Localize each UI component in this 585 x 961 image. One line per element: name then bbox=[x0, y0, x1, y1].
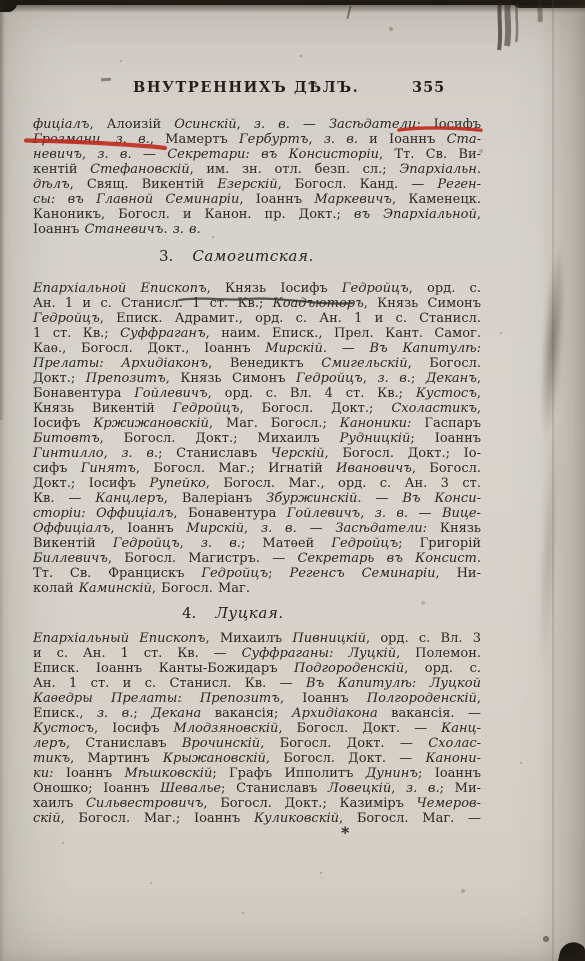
text-line: и с. Ан. 1 ст. Кв. — Суффраганы: Луцкій,… bbox=[33, 646, 481, 661]
section-heading-samogitskaya: 3.Самогитская. bbox=[159, 247, 314, 265]
text-line: Докт.; Препозитъ, Князь Симонъ Гедройцъ,… bbox=[33, 371, 481, 386]
text-line: ки: Іоаннъ Мѣшковскій; Графъ Ипполитъ Ду… bbox=[33, 766, 481, 781]
text-line: Оффиціалъ, Іоаннъ Мирскій, з. в. — Засѣд… bbox=[33, 521, 481, 536]
text-line: дѣлъ, Свящ. Викентій Езерскій, Богосл. К… bbox=[33, 177, 481, 192]
text-line: Епархіальный Епископъ, Михаилъ Пивницкій… bbox=[33, 631, 481, 646]
text-line: Оношко; Іоаннъ Шевалье; Станиславъ Ловец… bbox=[33, 781, 481, 796]
text-line: Гедройцъ, Еписк. Адрамит., орд. с. Ан. 1… bbox=[33, 311, 481, 326]
paragraph-lutskaya-diocese: Епархіальный Епископъ, Михаилъ Пивницкій… bbox=[33, 631, 481, 826]
text-line: Прелаты: Архидіаконъ, Венедиктъ Смигельс… bbox=[33, 356, 481, 371]
text-line: Епархіальной Епископъ, Князь Іосифъ Гедр… bbox=[33, 281, 481, 296]
scan-edge-top-shadow bbox=[0, 5, 585, 13]
paper-specks bbox=[0, 0, 2, 2]
text-line: фиціалъ, Алоизій Осинскій, з. в. — Засѣд… bbox=[33, 117, 481, 132]
text-line: Іосифъ Кржижановскій, Маг. Богосл.; Кано… bbox=[33, 416, 481, 431]
text-line: сторіи: Оффиціалъ, Бонавентура Гойлевичъ… bbox=[33, 506, 481, 521]
text-line: хаилъ Сильвестровичъ, Богосл. Докт.; Каз… bbox=[33, 796, 481, 811]
text-line: Еписк., з. в.; Декана вакансія; Архидіак… bbox=[33, 706, 481, 721]
text-line: Тт. Св. Францискъ Гедройцъ; Регенсъ Семи… bbox=[33, 566, 481, 581]
text-line: Кустосъ, Іосифъ Млодзяновскій, Богосл. Д… bbox=[33, 721, 481, 736]
text-line: Грозмани, з. в., Мамертъ Гербуртъ, з. в.… bbox=[33, 132, 481, 147]
text-line: Ан. 1 ст. и с. Станисл. Кв. — Въ Капитул… bbox=[33, 676, 481, 691]
section-number: 3. bbox=[159, 247, 173, 265]
text-line: скій, Богосл. Маг.; Іоаннъ Куликовскій, … bbox=[33, 811, 481, 826]
running-header: ВНУТРЕННИХЪ ДѢЛЪ. bbox=[133, 79, 359, 96]
text-line: Биллевичъ, Богосл. Магистръ. — Секретарь… bbox=[33, 551, 481, 566]
section-title: Самогитская. bbox=[192, 247, 314, 265]
text-line: Докт.; Іосифъ Рупейко, Богосл. Маг., орд… bbox=[33, 476, 481, 491]
text-line: Каѳ., Богосл. Докт., Іоаннъ Мирскій. — В… bbox=[33, 341, 481, 356]
text-line: сы: въ Главной Семинаріи, Іоаннъ Маркеви… bbox=[33, 192, 481, 207]
section-number: 4. bbox=[182, 604, 196, 622]
text-line: Еписк. Іоаннъ Канты-Божидаръ Подгороденс… bbox=[33, 661, 481, 676]
text-line: леръ, Станиславъ Врочинскій, Богосл. Док… bbox=[33, 736, 481, 751]
section-heading-lutskaya: 4.Луцкая. bbox=[182, 604, 284, 622]
signature-mark: * bbox=[341, 823, 349, 842]
paragraph-samogitskaya-diocese: Епархіальной Епископъ, Князь Іосифъ Гедр… bbox=[33, 281, 481, 596]
text-line: Бонавентура Гойлевичъ, орд. с. Вл. 4 ст.… bbox=[33, 386, 481, 401]
paragraph-officials-continued: фиціалъ, Алоизій Осинскій, з. в. — Засѣд… bbox=[33, 117, 481, 237]
text-line: Каѳедры Прелаты: Препозитъ, Іоаннъ Полго… bbox=[33, 691, 481, 706]
text-line: колай Каминскій, Богосл. Маг. bbox=[33, 581, 481, 596]
text-line: тикъ, Мартинъ Крыжановскій, Богосл. Докт… bbox=[33, 751, 481, 766]
section-title: Луцкая. bbox=[215, 604, 284, 622]
page-number: 355 bbox=[412, 79, 445, 96]
text-line: Каноникъ, Богосл. и Канон. пр. Докт.; въ… bbox=[33, 207, 481, 222]
scan-edge-left-lower bbox=[0, 420, 4, 961]
scan-edge-left bbox=[0, 0, 5, 420]
text-line: 1 ст. Кв.; Суффраганъ, наим. Еписк., Пре… bbox=[33, 326, 481, 341]
text-line: кентій Стефановскій, им. зн. отл. безп. … bbox=[33, 162, 481, 177]
ink-speck-dash bbox=[101, 78, 111, 81]
text-line: Князь Викентій Гедройцъ, Богосл. Докт.; … bbox=[33, 401, 481, 416]
text-line: Іоаннъ Станевичъ. з. в. bbox=[33, 222, 481, 237]
text-line: Викентій Гедройцъ, з. в.; Матѳей Гедройц… bbox=[33, 536, 481, 551]
text-line: сифъ Гинятъ, Богосл. Маг.; Игнатій Ивано… bbox=[33, 461, 481, 476]
text-line: Ан. 1 и с. Станисл. 1 ст. Кв.; Коадъютор… bbox=[33, 296, 481, 311]
text-line: невичъ, з. в. — Секретари: въ Консисторі… bbox=[33, 147, 481, 162]
scanned-book-page: ВНУТРЕННИХЪ ДѢЛЪ. 355 фиціалъ, Алоизій О… bbox=[0, 0, 585, 961]
text-line: Гинтилло, з. в.; Станиславъ Черскій, Бог… bbox=[33, 446, 481, 461]
text-line: Кв. — Канцлеръ, Валеріанъ Збуржинскій. —… bbox=[33, 491, 481, 506]
text-line: Битовтъ, Богосл. Докт.; Михаилъ Рудницкі… bbox=[33, 431, 481, 446]
